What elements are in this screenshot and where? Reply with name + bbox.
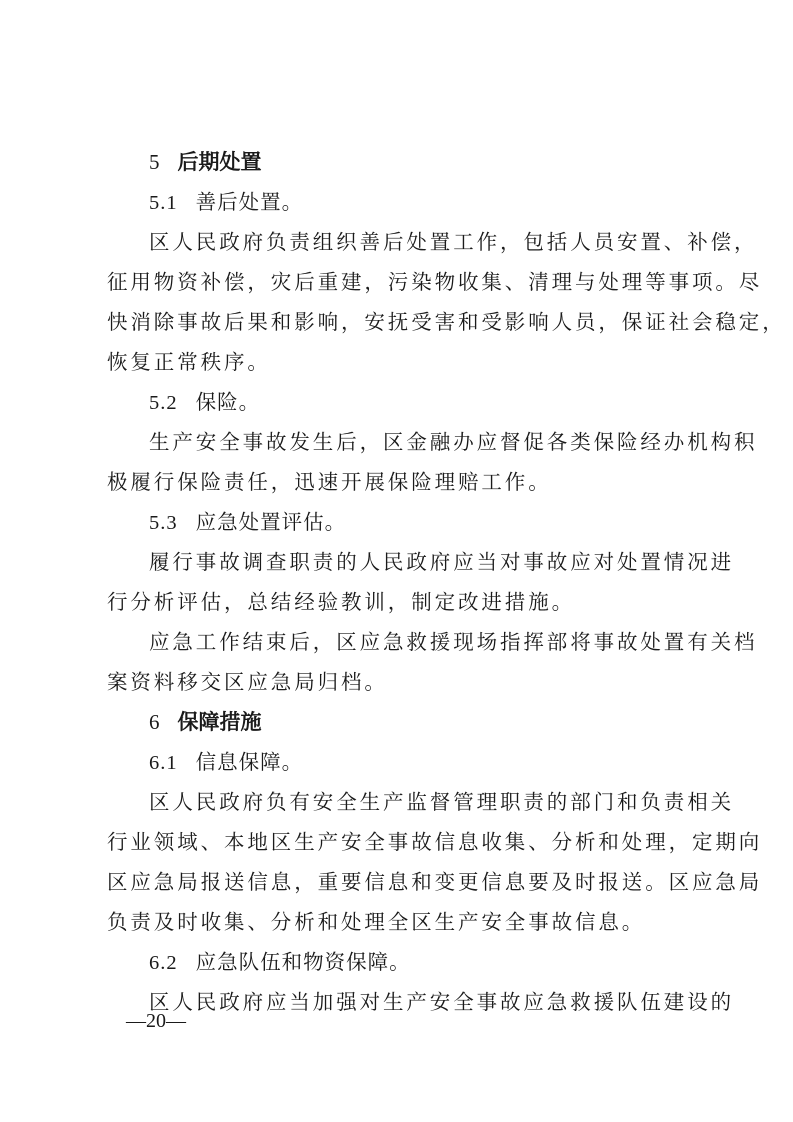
section-title: 后期处置 (178, 150, 262, 174)
paragraph-line: 区人民政府应当加强对生产安全事故应急救援队伍建设的 (107, 982, 699, 1022)
subsection-heading-5-3: 5.3应急处置评估。 (107, 502, 699, 542)
subsection-title: 应急处置评估。 (196, 510, 347, 534)
subsection-number: 6.1 (149, 743, 178, 783)
paragraph-line: 生产安全事故发生后，区金融办应督促各类保险经办机构积 (107, 422, 699, 462)
subsection-heading-6-1: 6.1信息保障。 (107, 742, 699, 782)
paragraph-insurance: 生产安全事故发生后，区金融办应督促各类保险经办机构积 极履行保险责任，迅速开展保… (107, 422, 699, 502)
subsection-number: 5.2 (149, 383, 178, 423)
subsection-number: 5.1 (149, 183, 178, 223)
subsection-title: 善后处置。 (196, 190, 304, 214)
section-number: 5 (149, 142, 160, 182)
paragraph-information: 区人民政府负有安全生产监督管理职责的部门和负责相关 行业领域、本地区生产安全事故… (107, 782, 699, 942)
subsection-heading-5-1: 5.1善后处置。 (107, 182, 699, 222)
subsection-heading-5-2: 5.2保险。 (107, 382, 699, 422)
subsection-title: 应急队伍和物资保障。 (196, 950, 411, 974)
paragraph-evaluation: 履行事故调查职责的人民政府应当对事故应对处置情况进 行分析评估，总结经验教训，制… (107, 542, 699, 622)
paragraph-line: 区人民政府负有安全生产监督管理职责的部门和负责相关 (107, 782, 699, 822)
section-number: 6 (149, 702, 160, 742)
subsection-title: 信息保障。 (196, 750, 304, 774)
subsection-number: 6.2 (149, 943, 178, 983)
paragraph-line: 快消除事故后果和影响，安抚受害和受影响人员，保证社会稳定， (107, 302, 699, 342)
paragraph-line: 极履行保险责任，迅速开展保险理赔工作。 (107, 462, 699, 502)
document-page: 5后期处置 5.1善后处置。 区人民政府负责组织善后处置工作，包括人员安置、补偿… (107, 142, 699, 1022)
paragraph-line: 行业领域、本地区生产安全事故信息收集、分析和处理，定期向 (107, 822, 699, 862)
paragraph-line: 负责及时收集、分析和处理全区生产安全事故信息。 (107, 902, 699, 942)
subsection-title: 保险。 (196, 390, 261, 414)
section-heading-5: 5后期处置 (107, 142, 699, 182)
paragraph-line: 区人民政府负责组织善后处置工作，包括人员安置、补偿， (107, 222, 699, 262)
paragraph-line: 征用物资补偿，灾后重建，污染物收集、清理与处理等事项。尽 (107, 262, 699, 302)
section-heading-6: 6保障措施 (107, 702, 699, 742)
paragraph-line: 行分析评估，总结经验教训，制定改进措施。 (107, 582, 699, 622)
paragraph-aftermath: 区人民政府负责组织善后处置工作，包括人员安置、补偿， 征用物资补偿，灾后重建，污… (107, 222, 699, 382)
subsection-number: 5.3 (149, 503, 178, 543)
subsection-heading-6-2: 6.2应急队伍和物资保障。 (107, 942, 699, 982)
paragraph-line: 区应急局报送信息，重要信息和变更信息要及时报送。区应急局 (107, 862, 699, 902)
page-number: —20— (126, 1010, 186, 1033)
paragraph-line: 应急工作结束后，区应急救援现场指挥部将事故处置有关档 (107, 622, 699, 662)
paragraph-line: 恢复正常秩序。 (107, 342, 699, 382)
paragraph-line: 案资料移交区应急局归档。 (107, 662, 699, 702)
section-title: 保障措施 (178, 710, 262, 734)
paragraph-line: 履行事故调查职责的人民政府应当对事故应对处置情况进 (107, 542, 699, 582)
paragraph-archiving: 应急工作结束后，区应急救援现场指挥部将事故处置有关档 案资料移交区应急局归档。 (107, 622, 699, 702)
paragraph-teams-supplies: 区人民政府应当加强对生产安全事故应急救援队伍建设的 (107, 982, 699, 1022)
